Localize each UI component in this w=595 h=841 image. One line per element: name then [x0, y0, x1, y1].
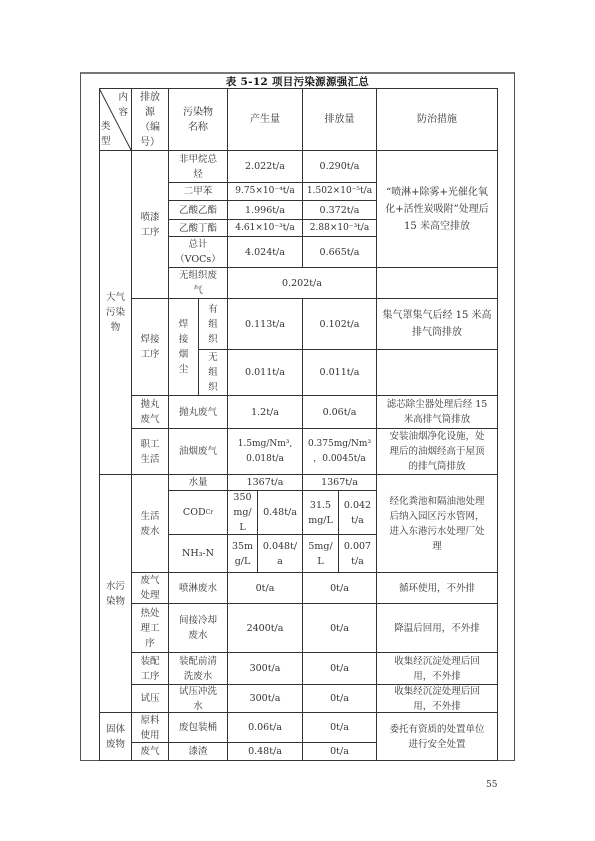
header-measures: 防治措施	[376, 88, 498, 151]
emitted-cooking-fume: 0.375mg/Nm³ ，0.0045t/a	[302, 428, 377, 475]
source-welding: 焊接 工序	[131, 298, 169, 396]
emitted-pressure-test-water: 0t/a	[302, 684, 377, 713]
generated-welding-organized: 0.113t/a	[227, 298, 303, 350]
pollutant-butyl-acetate: 乙酸丁酯	[168, 219, 228, 237]
cod-subscript: Cr	[206, 505, 213, 520]
measures-shot-blast: 滤芯除尘器处理后经 15 米高排气筒排放	[376, 395, 498, 429]
generated-nh3n-amount: 0.048t/ a	[257, 534, 303, 573]
source-raw-material: 原料 使用	[131, 712, 169, 743]
generated-shot-blast: 1.2t/a	[227, 395, 303, 429]
header-emitted: 排放量	[302, 88, 377, 151]
pollutant-ethyl-acetate: 乙酸乙酯	[168, 200, 228, 220]
source-pressure-test: 试压	[131, 684, 169, 713]
cod-text: COD	[183, 505, 206, 520]
source-gas-treatment: 废气 处理	[131, 572, 169, 604]
emitted-assembly-wash: 0t/a	[302, 652, 377, 685]
pollutant-welding-fume: 焊 接 烟 尘	[168, 298, 199, 396]
emitted-welding-fugitive: 0.011t/a	[302, 349, 377, 396]
category-solid: 固体 废物	[99, 712, 132, 761]
emitted-cod-amount: 0.042 t/a	[338, 490, 377, 535]
header-source: 排放 源 （编 号）	[131, 88, 169, 151]
generated-cod-concentration: 350 mg/ L	[227, 490, 258, 535]
pollutant-xylene: 二甲苯	[168, 182, 228, 201]
generated-pressure-test-water: 300t/a	[227, 684, 303, 713]
measures-cooking-fume: 安装油烟净化设施，处 理后的油烟经高于屋顶 的排气筒排放	[376, 428, 498, 475]
header-pollutant: 污染物 名称	[168, 88, 228, 151]
label-water-volume: 水量	[168, 474, 228, 491]
generated-paint-residue: 0.48t/a	[227, 742, 303, 761]
measures-pressure-test-water: 收集经沉淀处理后回 用，不外排	[376, 684, 498, 713]
generated-waste-buckets: 0.06t/a	[227, 712, 303, 743]
pollutant-cooling-water: 间接冷却 废水	[168, 603, 228, 653]
pollutant-fugitive-gas: 无组织废 气	[168, 267, 228, 299]
pollutant-assembly-wash: 装配前清 洗废水	[168, 652, 228, 685]
generated-butyl-acetate: 4.61×10⁻³t/a	[227, 219, 303, 237]
measures-cooling-water: 降温后回用，不外排	[376, 603, 498, 653]
generated-nh3n-concentration: 35m g/L	[227, 534, 258, 573]
source-staff: 职工 生活	[131, 428, 169, 475]
measures-spray-wastewater: 循环使用，不外排	[376, 572, 498, 604]
emitted-ethyl-acetate: 0.372t/a	[302, 200, 377, 220]
emitted-shot-blast: 0.06t/a	[302, 395, 377, 429]
measures-spray: “喷淋+除雾+光催化氧 化+活性炭吸附”处理后 15 米高空排放	[376, 150, 498, 268]
source-assembly: 装配 工序	[131, 652, 169, 685]
pollutant-vocs-total: 总计 （VOCs）	[168, 236, 228, 268]
emitted-nh3n-concentration: 5mg/ L	[302, 534, 339, 573]
generated-spray-wastewater: 0t/a	[227, 572, 303, 604]
measures-fugitive-gas	[376, 267, 498, 299]
generated-cod-amount: 0.48t/a	[257, 490, 303, 535]
label-cod: CODCr	[168, 490, 228, 535]
generated-nmhc: 2.022t/a	[227, 150, 303, 183]
generated-water-volume: 1367t/a	[227, 474, 303, 491]
generated-cooling-water: 2400t/a	[227, 603, 303, 653]
measures-assembly-wash: 收集经沉淀处理后回 用，不外排	[376, 652, 498, 685]
emitted-welding-organized: 0.102t/a	[302, 298, 377, 350]
header-generated: 产生量	[227, 88, 303, 151]
pollutant-spray-wastewater: 喷淋废水	[168, 572, 228, 604]
generated-ethyl-acetate: 1.996t/a	[227, 200, 303, 220]
emitted-vocs-total: 0.665t/a	[302, 236, 377, 268]
source-heat-treatment: 热处 理工 序	[131, 603, 169, 653]
measures-domestic-wastewater: 经化粪池和隔油池处理 后纳入园区污水管网， 进入东港污水处理厂处 理	[376, 474, 498, 573]
emitted-xylene: 1.502×10⁻⁵t/a	[302, 182, 377, 201]
pollutant-cooking-fume: 油烟废气	[168, 428, 228, 475]
header-corner-type-label: 类 型	[101, 119, 119, 149]
source-shot-blast: 抛丸 废气	[131, 395, 169, 429]
emitted-nh3n-amount: 0.007 t/a	[338, 534, 377, 573]
pollutant-nmhc: 非甲烷总 烃	[168, 150, 228, 183]
welding-fugitive-label: 无 组 织	[198, 349, 228, 396]
source-spray: 喷漆 工序	[131, 150, 169, 299]
pollutant-waste-buckets: 废包装桶	[168, 712, 228, 743]
measures-welding-organized: 集气罩集气后经 15 米高 排气筒排放	[376, 298, 498, 350]
label-nh3n: NH₃-N	[168, 534, 228, 573]
source-domestic-wastewater: 生活 废水	[131, 474, 169, 573]
emitted-cod-concentration: 31.5 mg/L	[302, 490, 339, 535]
amount-fugitive-gas: 0.202t/a	[227, 267, 377, 299]
emitted-spray-wastewater: 0t/a	[302, 572, 377, 604]
emitted-nmhc: 0.290t/a	[302, 150, 377, 183]
emitted-paint-residue: 0t/a	[302, 742, 377, 761]
pollutant-paint-residue: 漆渣	[168, 742, 228, 761]
generated-assembly-wash: 300t/a	[227, 652, 303, 685]
category-air: 大气 污染 物	[99, 150, 132, 475]
emitted-waste-buckets: 0t/a	[302, 712, 377, 743]
generated-xylene: 9.75×10⁻⁴t/a	[227, 182, 303, 201]
emitted-butyl-acetate: 2.88×10⁻³t/a	[302, 219, 377, 237]
measures-welding-fugitive	[376, 349, 498, 396]
generated-vocs-total: 4.024t/a	[227, 236, 303, 268]
generated-welding-fugitive: 0.011t/a	[227, 349, 303, 396]
category-water: 水污 染物	[99, 474, 132, 713]
emitted-cooling-water: 0t/a	[302, 603, 377, 653]
pollutant-pressure-test-water: 试压冲洗 水	[168, 684, 228, 713]
pollutant-shot-blast: 抛丸废气	[168, 395, 228, 429]
page-number: 55	[486, 780, 497, 790]
generated-cooking-fume: 1.5mg/Nm³, 0.018t/a	[227, 428, 303, 475]
measures-solid-waste: 委托有资质的处置单位 进行安全处置	[376, 712, 498, 761]
emitted-water-volume: 1367t/a	[302, 474, 377, 491]
welding-organized-label: 有 组 织	[198, 298, 228, 350]
header-corner-content-label: 内 容	[110, 90, 128, 120]
table-caption: 表 5-12 项目污染源源强汇总	[80, 74, 515, 89]
source-waste-gas: 废气	[131, 742, 169, 761]
